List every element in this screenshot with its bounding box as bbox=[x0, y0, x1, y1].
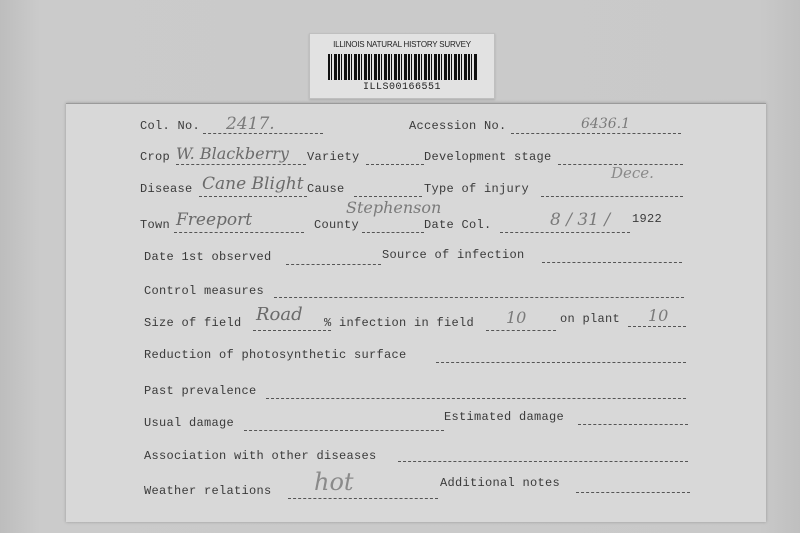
col-no-value: 2417. bbox=[226, 114, 275, 134]
usual-damage-line bbox=[244, 430, 444, 431]
county-label: County bbox=[314, 218, 359, 232]
cause-label: Cause bbox=[307, 182, 345, 196]
disease-record-card: Col. No. 2417. Accession No. 6436.1 Crop… bbox=[66, 103, 766, 522]
usual-damage-label: Usual damage bbox=[144, 416, 234, 430]
type-of-injury-line bbox=[541, 196, 683, 197]
disease-line bbox=[199, 196, 307, 197]
control-measures-line bbox=[274, 297, 684, 298]
variety-line bbox=[366, 164, 424, 165]
association-line bbox=[398, 461, 688, 462]
town-label: Town bbox=[140, 218, 170, 232]
weather-relations-value: hot bbox=[314, 468, 354, 496]
infection-in-field-value: 10 bbox=[506, 308, 526, 327]
reduction-photosynthetic-label: Reduction of photosynthetic surface bbox=[144, 348, 407, 362]
weather-relations-line bbox=[288, 498, 438, 499]
past-prevalence-label: Past prevalence bbox=[144, 384, 257, 398]
crop-label: Crop bbox=[140, 150, 170, 164]
estimated-damage-label: Estimated damage bbox=[444, 410, 564, 424]
cause-line bbox=[354, 196, 422, 197]
town-value: Freeport bbox=[176, 210, 252, 230]
specimen-barcode-label: ILLINOIS NATURAL HISTORY SURVEY ILLS0016… bbox=[309, 33, 495, 99]
source-of-infection-label: Source of infection bbox=[382, 248, 525, 262]
date-col-year: 1922 bbox=[632, 212, 662, 226]
disease-label: Disease bbox=[140, 182, 193, 196]
source-of-infection-line bbox=[542, 262, 682, 263]
estimated-damage-line bbox=[578, 424, 688, 425]
size-of-field-line bbox=[253, 330, 331, 331]
type-of-injury-label: Type of injury bbox=[424, 182, 529, 196]
additional-notes-line bbox=[576, 492, 690, 493]
county-value: Stephenson bbox=[346, 198, 441, 217]
association-label: Association with other diseases bbox=[144, 449, 377, 463]
crop-line bbox=[176, 164, 306, 165]
additional-notes-label: Additional notes bbox=[440, 476, 560, 490]
variety-label: Variety bbox=[307, 150, 360, 164]
development-stage-label: Development stage bbox=[424, 150, 552, 164]
date-first-observed-label: Date 1st observed bbox=[144, 250, 272, 264]
infection-in-field-line bbox=[486, 330, 556, 331]
infection-in-field-label: % infection in field bbox=[324, 316, 474, 330]
on-plant-line bbox=[628, 326, 686, 327]
catalog-number: ILLS00166551 bbox=[310, 82, 494, 93]
institution-name: ILLINOIS NATURAL HISTORY SURVEY bbox=[310, 40, 494, 49]
date-col-line bbox=[500, 232, 630, 233]
town-line bbox=[174, 232, 304, 233]
col-no-label: Col. No. bbox=[140, 119, 200, 133]
date-col-value: 8 / 31 / bbox=[550, 210, 610, 230]
on-plant-value: 10 bbox=[648, 306, 668, 325]
accession-no-value: 6436.1 bbox=[581, 116, 630, 132]
control-measures-label: Control measures bbox=[144, 284, 264, 298]
size-of-field-value: Road bbox=[256, 304, 303, 325]
date-col-label: Date Col. bbox=[424, 218, 492, 232]
county-line bbox=[362, 232, 424, 233]
accession-no-label: Accession No. bbox=[409, 119, 507, 133]
weather-relations-label: Weather relations bbox=[144, 484, 272, 498]
on-plant-label: on plant bbox=[560, 312, 620, 326]
date-first-observed-line bbox=[286, 264, 381, 265]
barcode-icon bbox=[328, 54, 478, 80]
disease-value: Cane Blight bbox=[202, 174, 304, 194]
crop-value: W. Blackberry bbox=[176, 144, 289, 163]
accession-no-line bbox=[511, 133, 681, 134]
type-of-injury-value: Dece. bbox=[611, 164, 654, 182]
reduction-photosynthetic-line bbox=[436, 362, 686, 363]
size-of-field-label: Size of field bbox=[144, 316, 242, 330]
past-prevalence-line bbox=[266, 398, 686, 399]
